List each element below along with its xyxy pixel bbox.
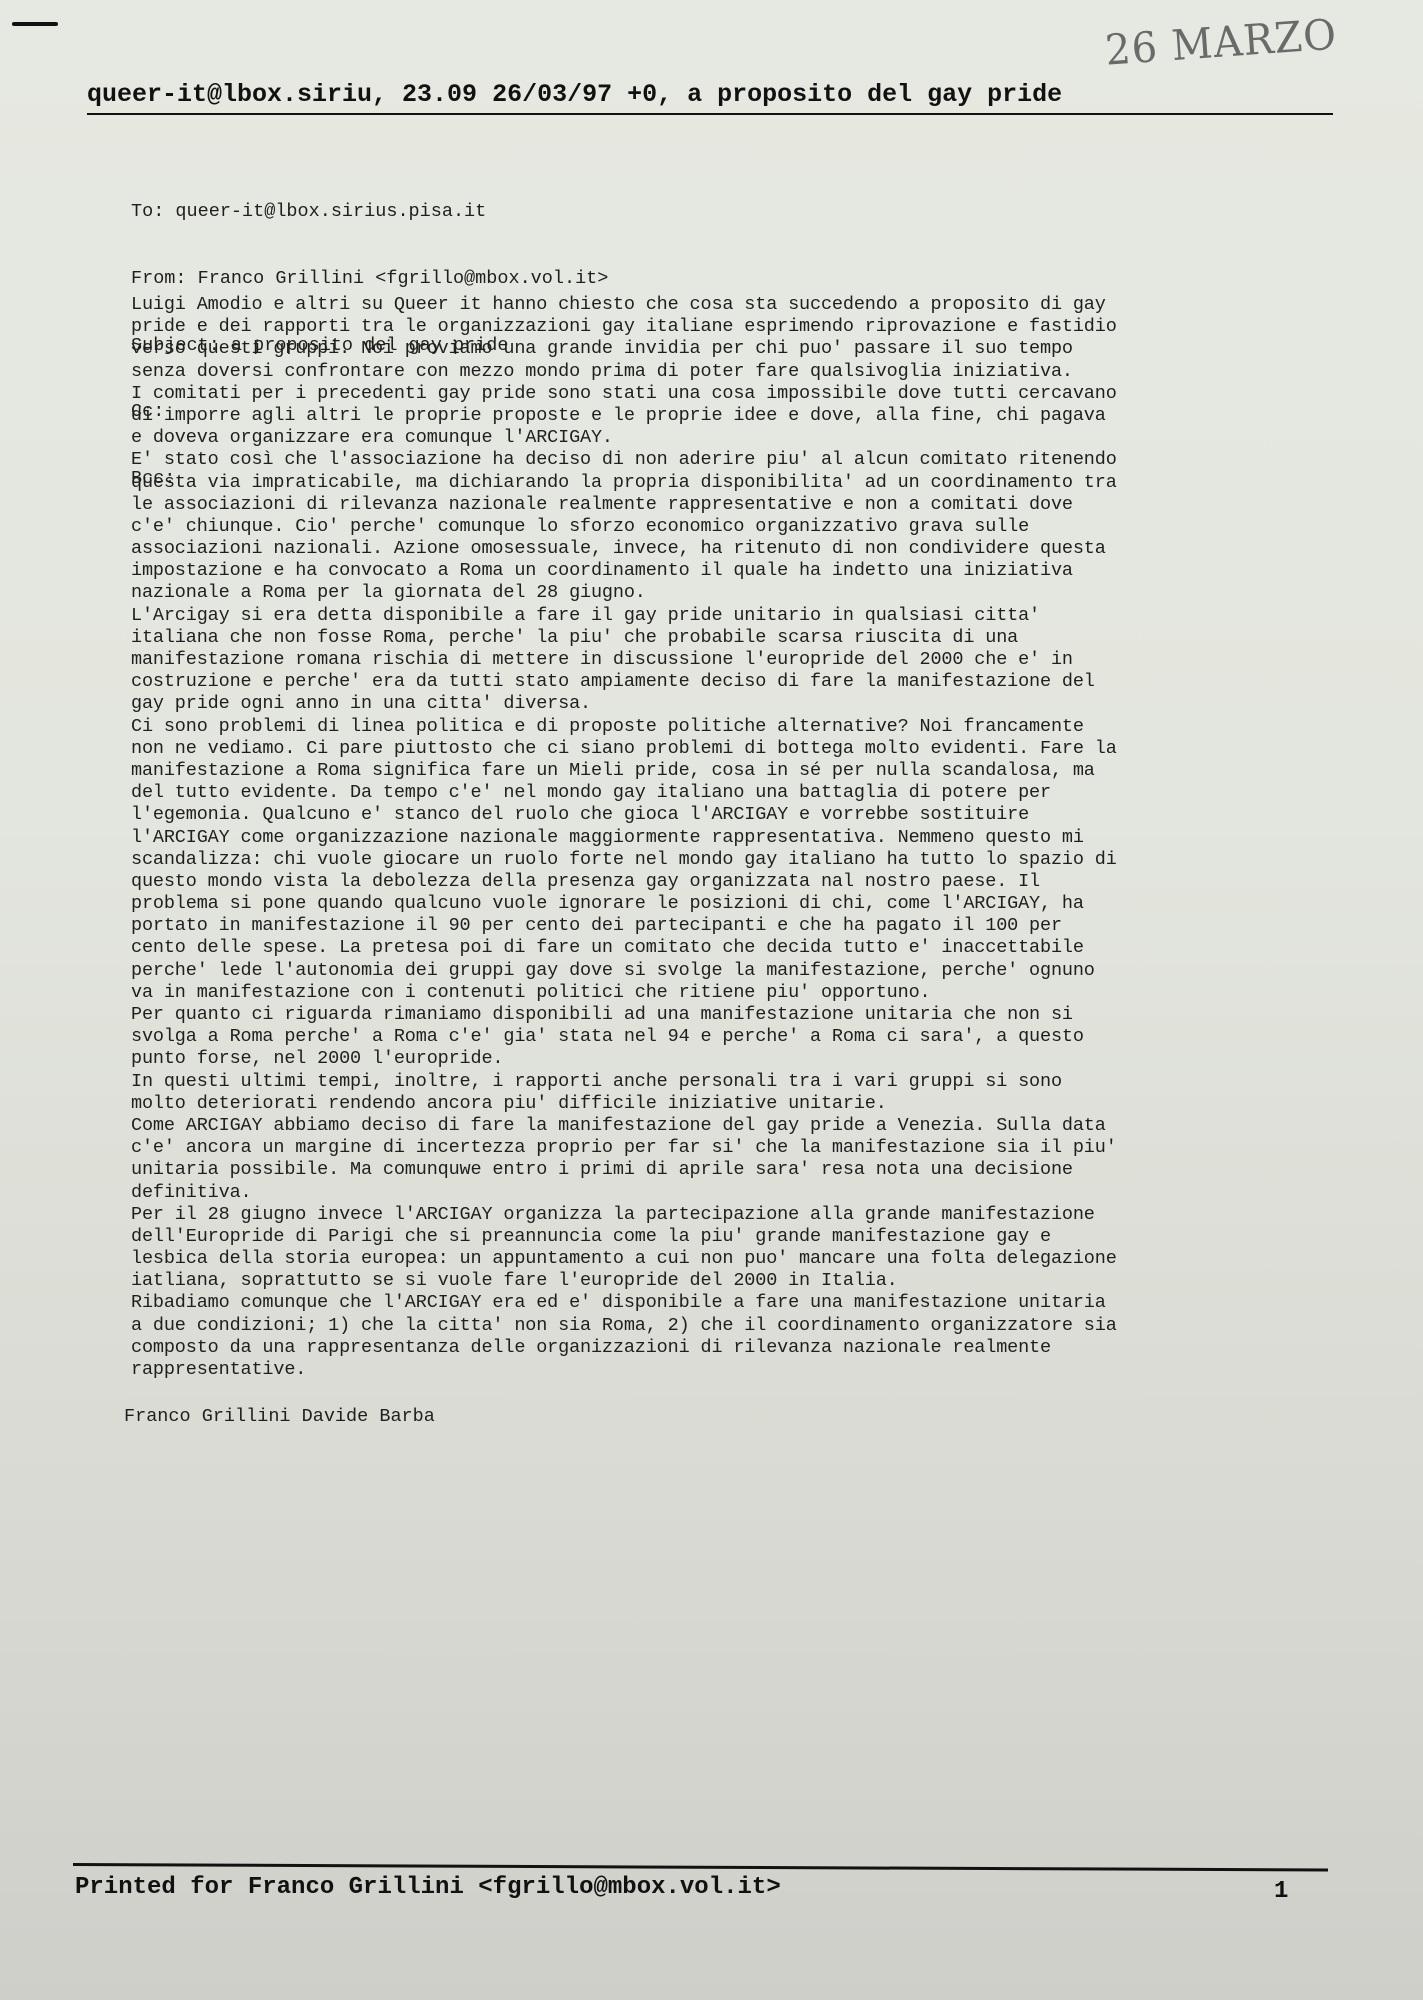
body-line: Per il 28 giugno invece l'ARCIGAY organi… xyxy=(131,1204,1331,1226)
footer-divider xyxy=(73,1863,1328,1871)
body-line: italiana che non fosse Roma, perche' la … xyxy=(131,627,1331,649)
email-body: Luigi Amodio e altri su Queer it hanno c… xyxy=(131,294,1331,1381)
page-header-title: queer-it@lbox.siriu, 23.09 26/03/97 +0, … xyxy=(87,80,1333,110)
body-line: problema si pone quando qualcuno vuole i… xyxy=(131,893,1331,915)
body-line: le associazioni di rilevanza nazionale r… xyxy=(131,494,1331,516)
email-to: To: queer-it@lbox.sirius.pisa.it xyxy=(131,201,608,223)
email-signature: Franco Grillini Davide Barba xyxy=(124,1406,435,1428)
body-line: questa via impraticabile, ma dichiarando… xyxy=(131,472,1331,494)
body-line: associazioni nazionali. Azione omosessua… xyxy=(131,538,1331,560)
body-line: In questi ultimi tempi, inoltre, i rappo… xyxy=(131,1071,1331,1093)
body-line: E' stato così che l'associazione ha deci… xyxy=(131,449,1331,471)
body-line: a due condizioni; 1) che la citta' non s… xyxy=(131,1315,1331,1337)
handwritten-date-note: 26 MARZO xyxy=(1104,11,1339,75)
body-line: definitiva. xyxy=(131,1182,1331,1204)
body-line: lesbica della storia europea: un appunta… xyxy=(131,1248,1331,1270)
email-from: From: Franco Grillini <fgrillo@mbox.vol.… xyxy=(131,268,608,290)
body-line: c'e' ancora un margine di incertezza pro… xyxy=(131,1137,1331,1159)
body-line: c'e' chiunque. Cio' perche' comunque lo … xyxy=(131,516,1331,538)
body-line: questo mondo vista la debolezza della pr… xyxy=(131,871,1331,893)
body-line: l'egemonia. Qualcuno e' stanco del ruolo… xyxy=(131,804,1331,826)
body-line: unitaria possibile. Ma comunquwe entro i… xyxy=(131,1159,1331,1181)
body-line: senza doversi confrontare con mezzo mond… xyxy=(131,361,1331,383)
body-line: non ne vediamo. Ci pare piuttosto che ci… xyxy=(131,738,1331,760)
body-line: gay pride ogni anno in una citta' divers… xyxy=(131,693,1331,715)
page-number: 1 xyxy=(1274,1878,1288,1906)
body-line: Come ARCIGAY abbiamo deciso di fare la m… xyxy=(131,1115,1331,1137)
body-line: nazionale a Roma per la giornata del 28 … xyxy=(131,582,1331,604)
body-line: Ribadiamo comunque che l'ARCIGAY era ed … xyxy=(131,1292,1331,1314)
body-line: manifestazione romana rischia di mettere… xyxy=(131,649,1331,671)
body-line: molto deteriorati rendendo ancora piu' d… xyxy=(131,1093,1331,1115)
body-line: cento delle spese. La pretesa poi di far… xyxy=(131,937,1331,959)
header-divider xyxy=(87,113,1333,115)
body-line: punto forse, nel 2000 l'europride. xyxy=(131,1048,1331,1070)
body-line: Ci sono problemi di linea politica e di … xyxy=(131,716,1331,738)
body-line: scandalizza: chi vuole giocare un ruolo … xyxy=(131,849,1331,871)
body-line: pride e dei rapporti tra le organizzazio… xyxy=(131,316,1331,338)
body-line: impostazione e ha convocato a Roma un co… xyxy=(131,560,1331,582)
body-line: svolga a Roma perche' a Roma c'e' gia' s… xyxy=(131,1026,1331,1048)
body-line: l'ARCIGAY come organizzazione nazionale … xyxy=(131,827,1331,849)
body-line: costruzione e perche' era da tutti stato… xyxy=(131,671,1331,693)
body-line: rappresentative. xyxy=(131,1359,1331,1381)
body-line: Luigi Amodio e altri su Queer it hanno c… xyxy=(131,294,1331,316)
body-line: manifestazione a Roma significa fare un … xyxy=(131,760,1331,782)
body-line: del tutto evidente. Da tempo c'e' nel mo… xyxy=(131,782,1331,804)
body-line: perche' lede l'autonomia dei gruppi gay … xyxy=(131,960,1331,982)
body-line: Per quanto ci riguarda rimaniamo disponi… xyxy=(131,1004,1331,1026)
footer-printed-for: Printed for Franco Grillini <fgrillo@mbo… xyxy=(75,1874,781,1902)
body-line: portato in manifestazione il 90 per cent… xyxy=(131,915,1331,937)
body-line: composto da una rappresentanza delle org… xyxy=(131,1337,1331,1359)
body-line: dell'Europride di Parigi che si preannun… xyxy=(131,1226,1331,1248)
body-line: I comitati per i precedenti gay pride so… xyxy=(131,383,1331,405)
body-line: va in manifestazione con i contenuti pol… xyxy=(131,982,1331,1004)
corner-mark xyxy=(12,22,58,26)
body-line: iatliana, soprattutto se si vuole fare l… xyxy=(131,1270,1331,1292)
body-line: di imporre agli altri le proprie propost… xyxy=(131,405,1331,427)
body-line: L'Arcigay si era detta disponibile a far… xyxy=(131,605,1331,627)
body-line: e doveva organizzare era comunque l'ARCI… xyxy=(131,427,1331,449)
body-line: verso questi gruppi. Noi proviamo una gr… xyxy=(131,338,1331,360)
